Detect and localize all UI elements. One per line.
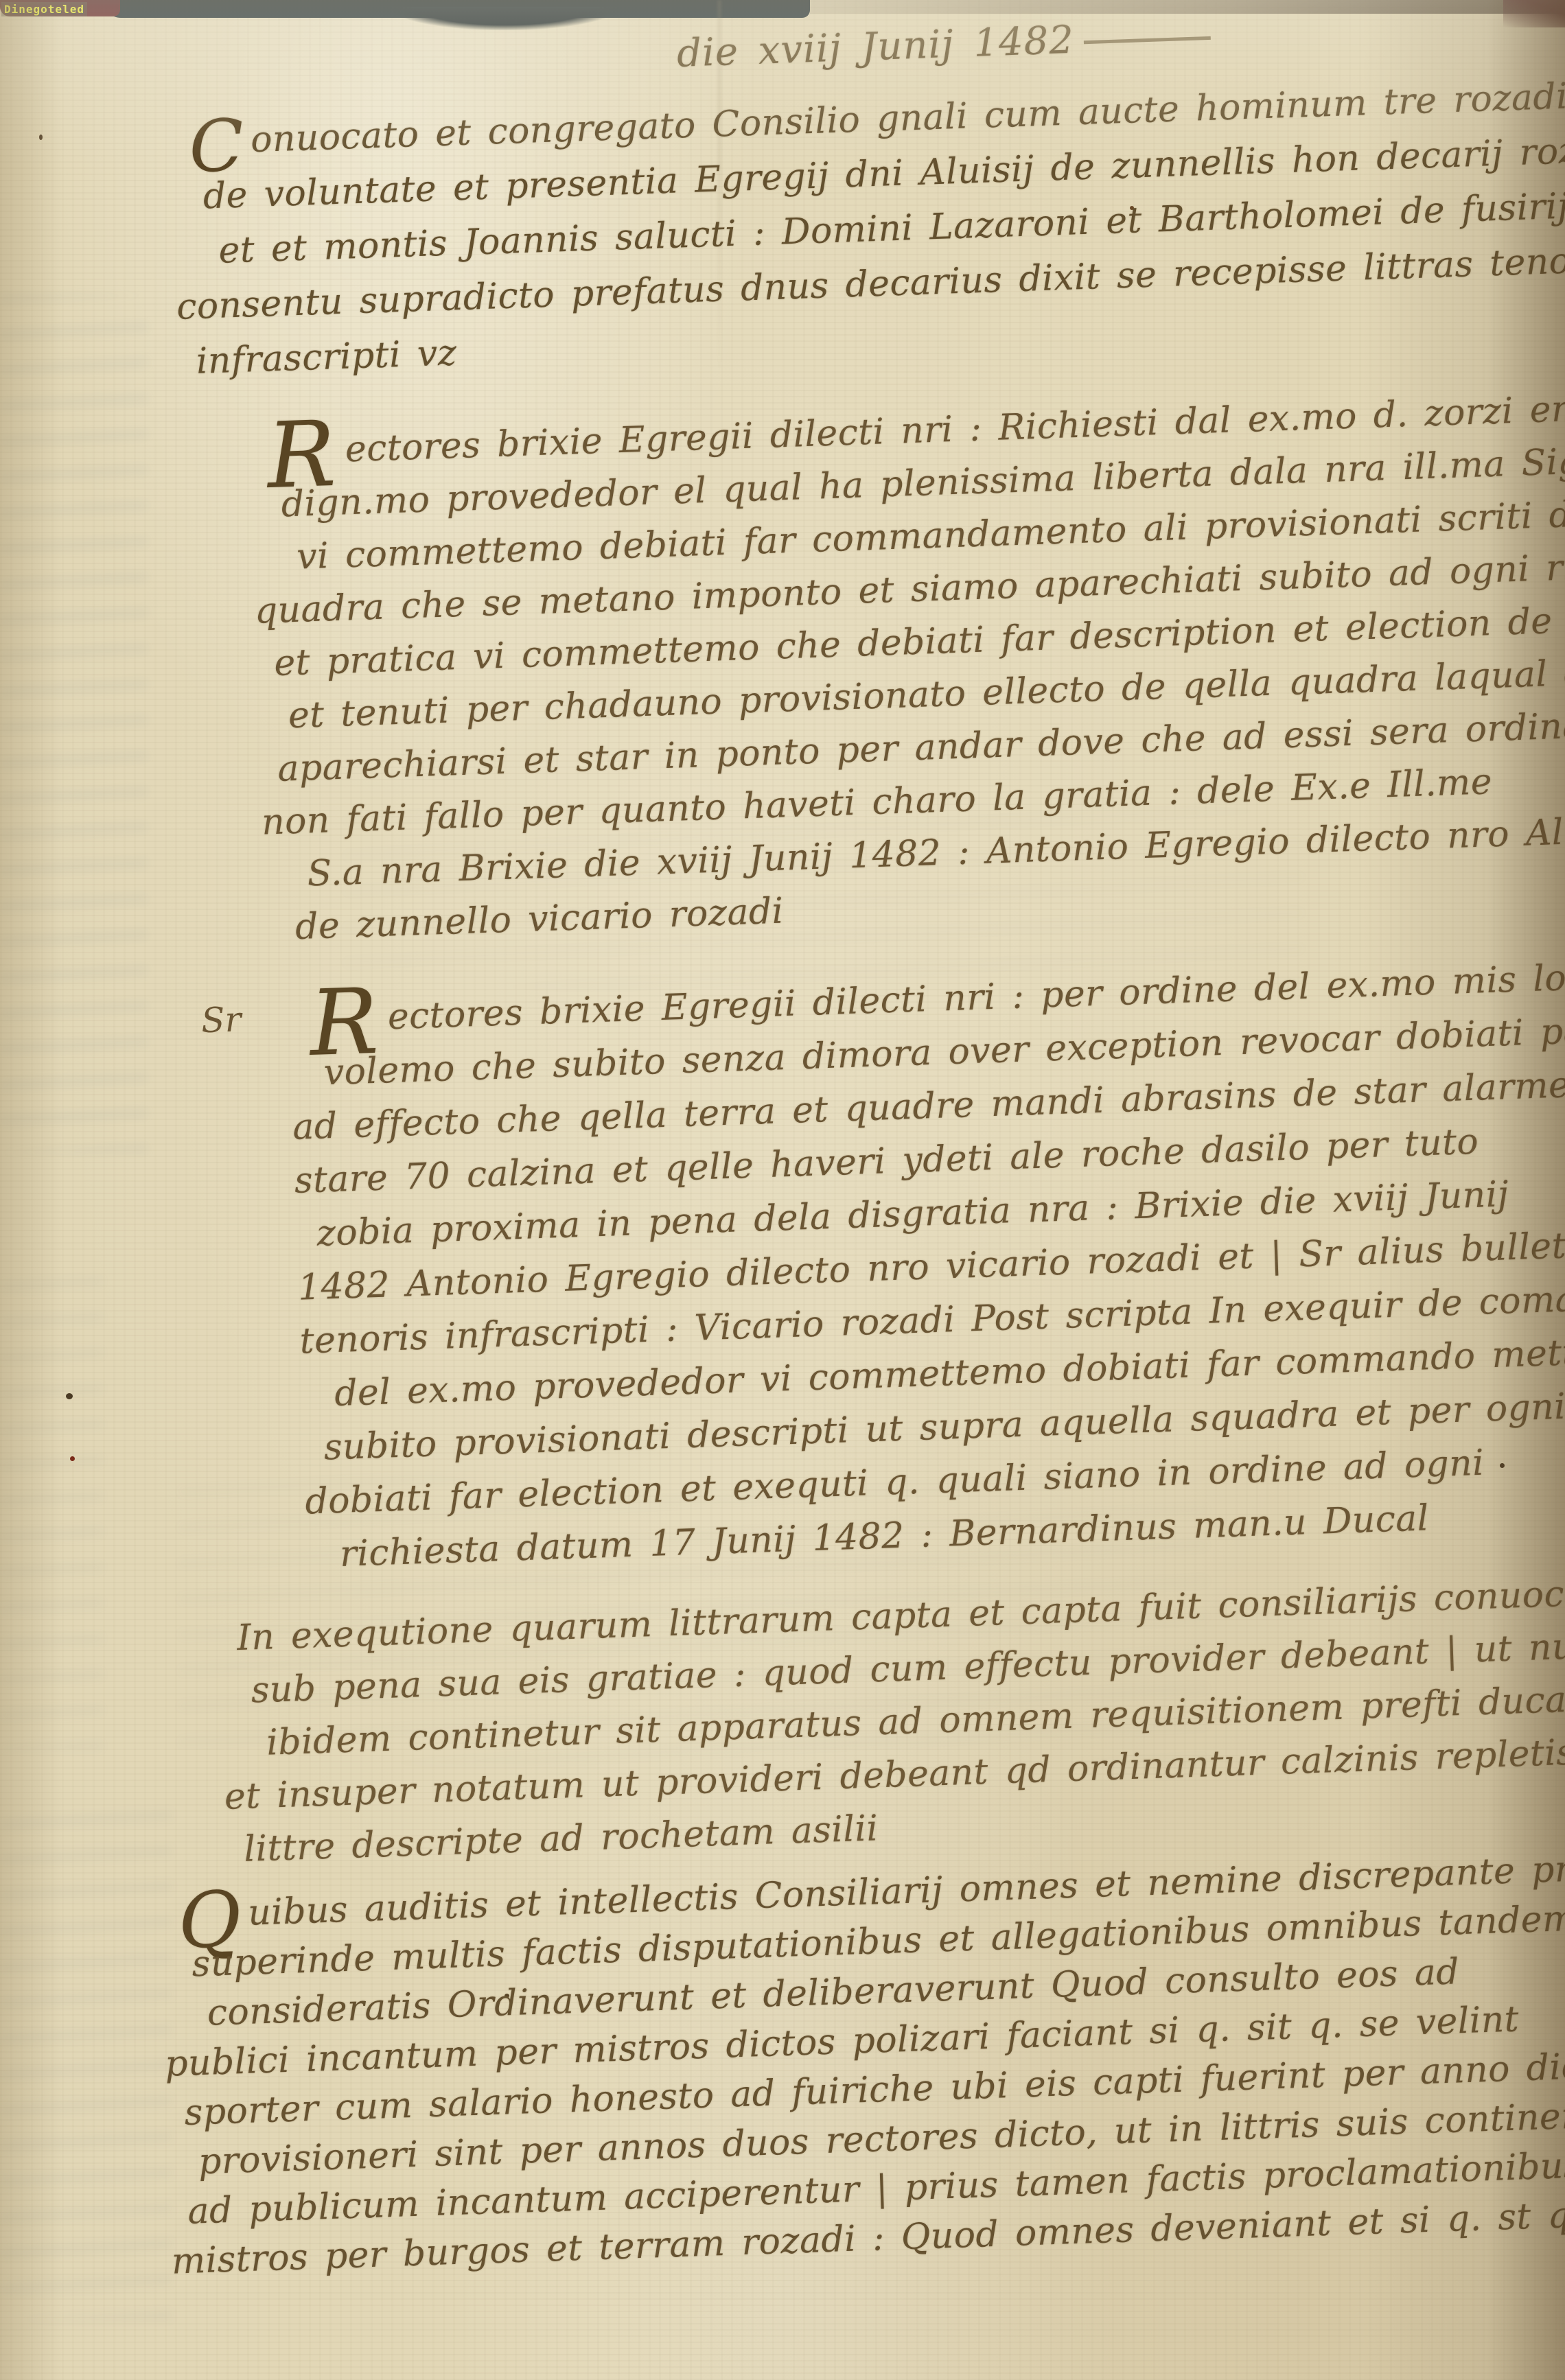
ink-speck [70,1456,75,1461]
show-through-stain [0,1798,172,2320]
paragraph-execution-note: In exequtione quarum littrarum capta et … [218,1561,1565,1877]
paragraph-deliberation: Quibus auditis et intellectis Consiliari… [159,1836,1565,2287]
show-through-stain [0,1270,103,1750]
paragraph-first-letter: Rectores brixie Egregii dilecti nri : Ri… [248,379,1565,955]
ink-speck [66,1393,73,1399]
show-through-stain [0,295,148,1153]
film-frame-label: Dinegoteled [1,2,87,16]
scan-edge-corner [1503,0,1565,27]
manuscript-page: Dinegoteled die xviij Junij 1482 Conuoca… [0,0,1565,2380]
paragraph-second-letter: SrRectores brixie Egregii dilecti nri : … [206,944,1565,1585]
date-heading: die xviij Junij 1482 [676,13,1212,76]
scan-edge-dark [103,0,810,18]
paragraph-council-convened: Conuocato et congregato Consilio gnali c… [170,64,1565,390]
margin-mark: Sr [200,999,242,1040]
ink-speck [39,135,43,140]
scan-edge-shadow [810,0,1565,14]
